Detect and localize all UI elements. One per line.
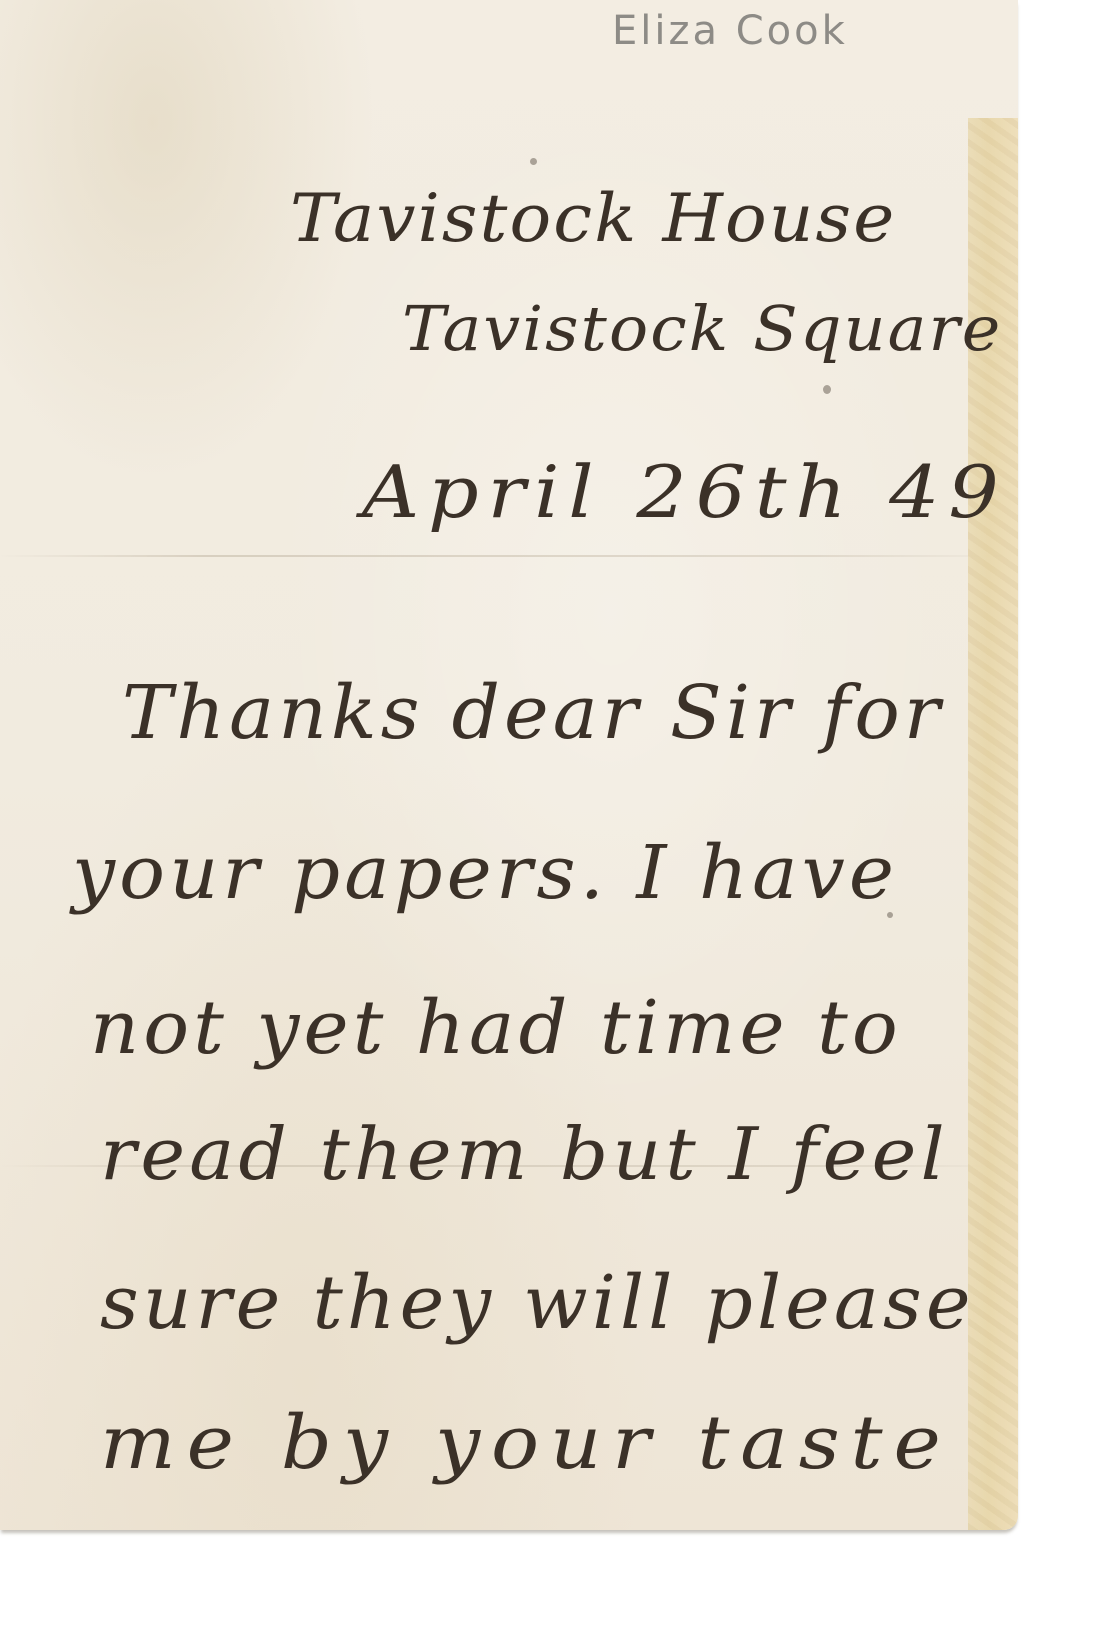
body-line-6: me by your taste — [100, 1400, 952, 1486]
letter-date: April 26th 49 — [362, 450, 1008, 534]
body-line-3: not yet had time to — [90, 985, 902, 1071]
ink-spot — [823, 385, 831, 394]
pencil-annotation: Eliza Cook — [612, 8, 848, 54]
body-line-2: your papers. I have — [72, 830, 898, 916]
body-line-1: Thanks dear Sir for — [122, 670, 944, 756]
address-line-1: Tavistock House — [290, 180, 896, 257]
ink-spot — [530, 158, 537, 165]
body-line-4: read them but I feel — [100, 1112, 949, 1196]
letter-page: Eliza Cook Tavistock House Tavistock Squ… — [0, 0, 1018, 1530]
fold-crease — [0, 555, 1018, 557]
address-line-2: Tavistock Square — [402, 292, 1002, 365]
body-line-5: sure they will please — [100, 1260, 975, 1346]
